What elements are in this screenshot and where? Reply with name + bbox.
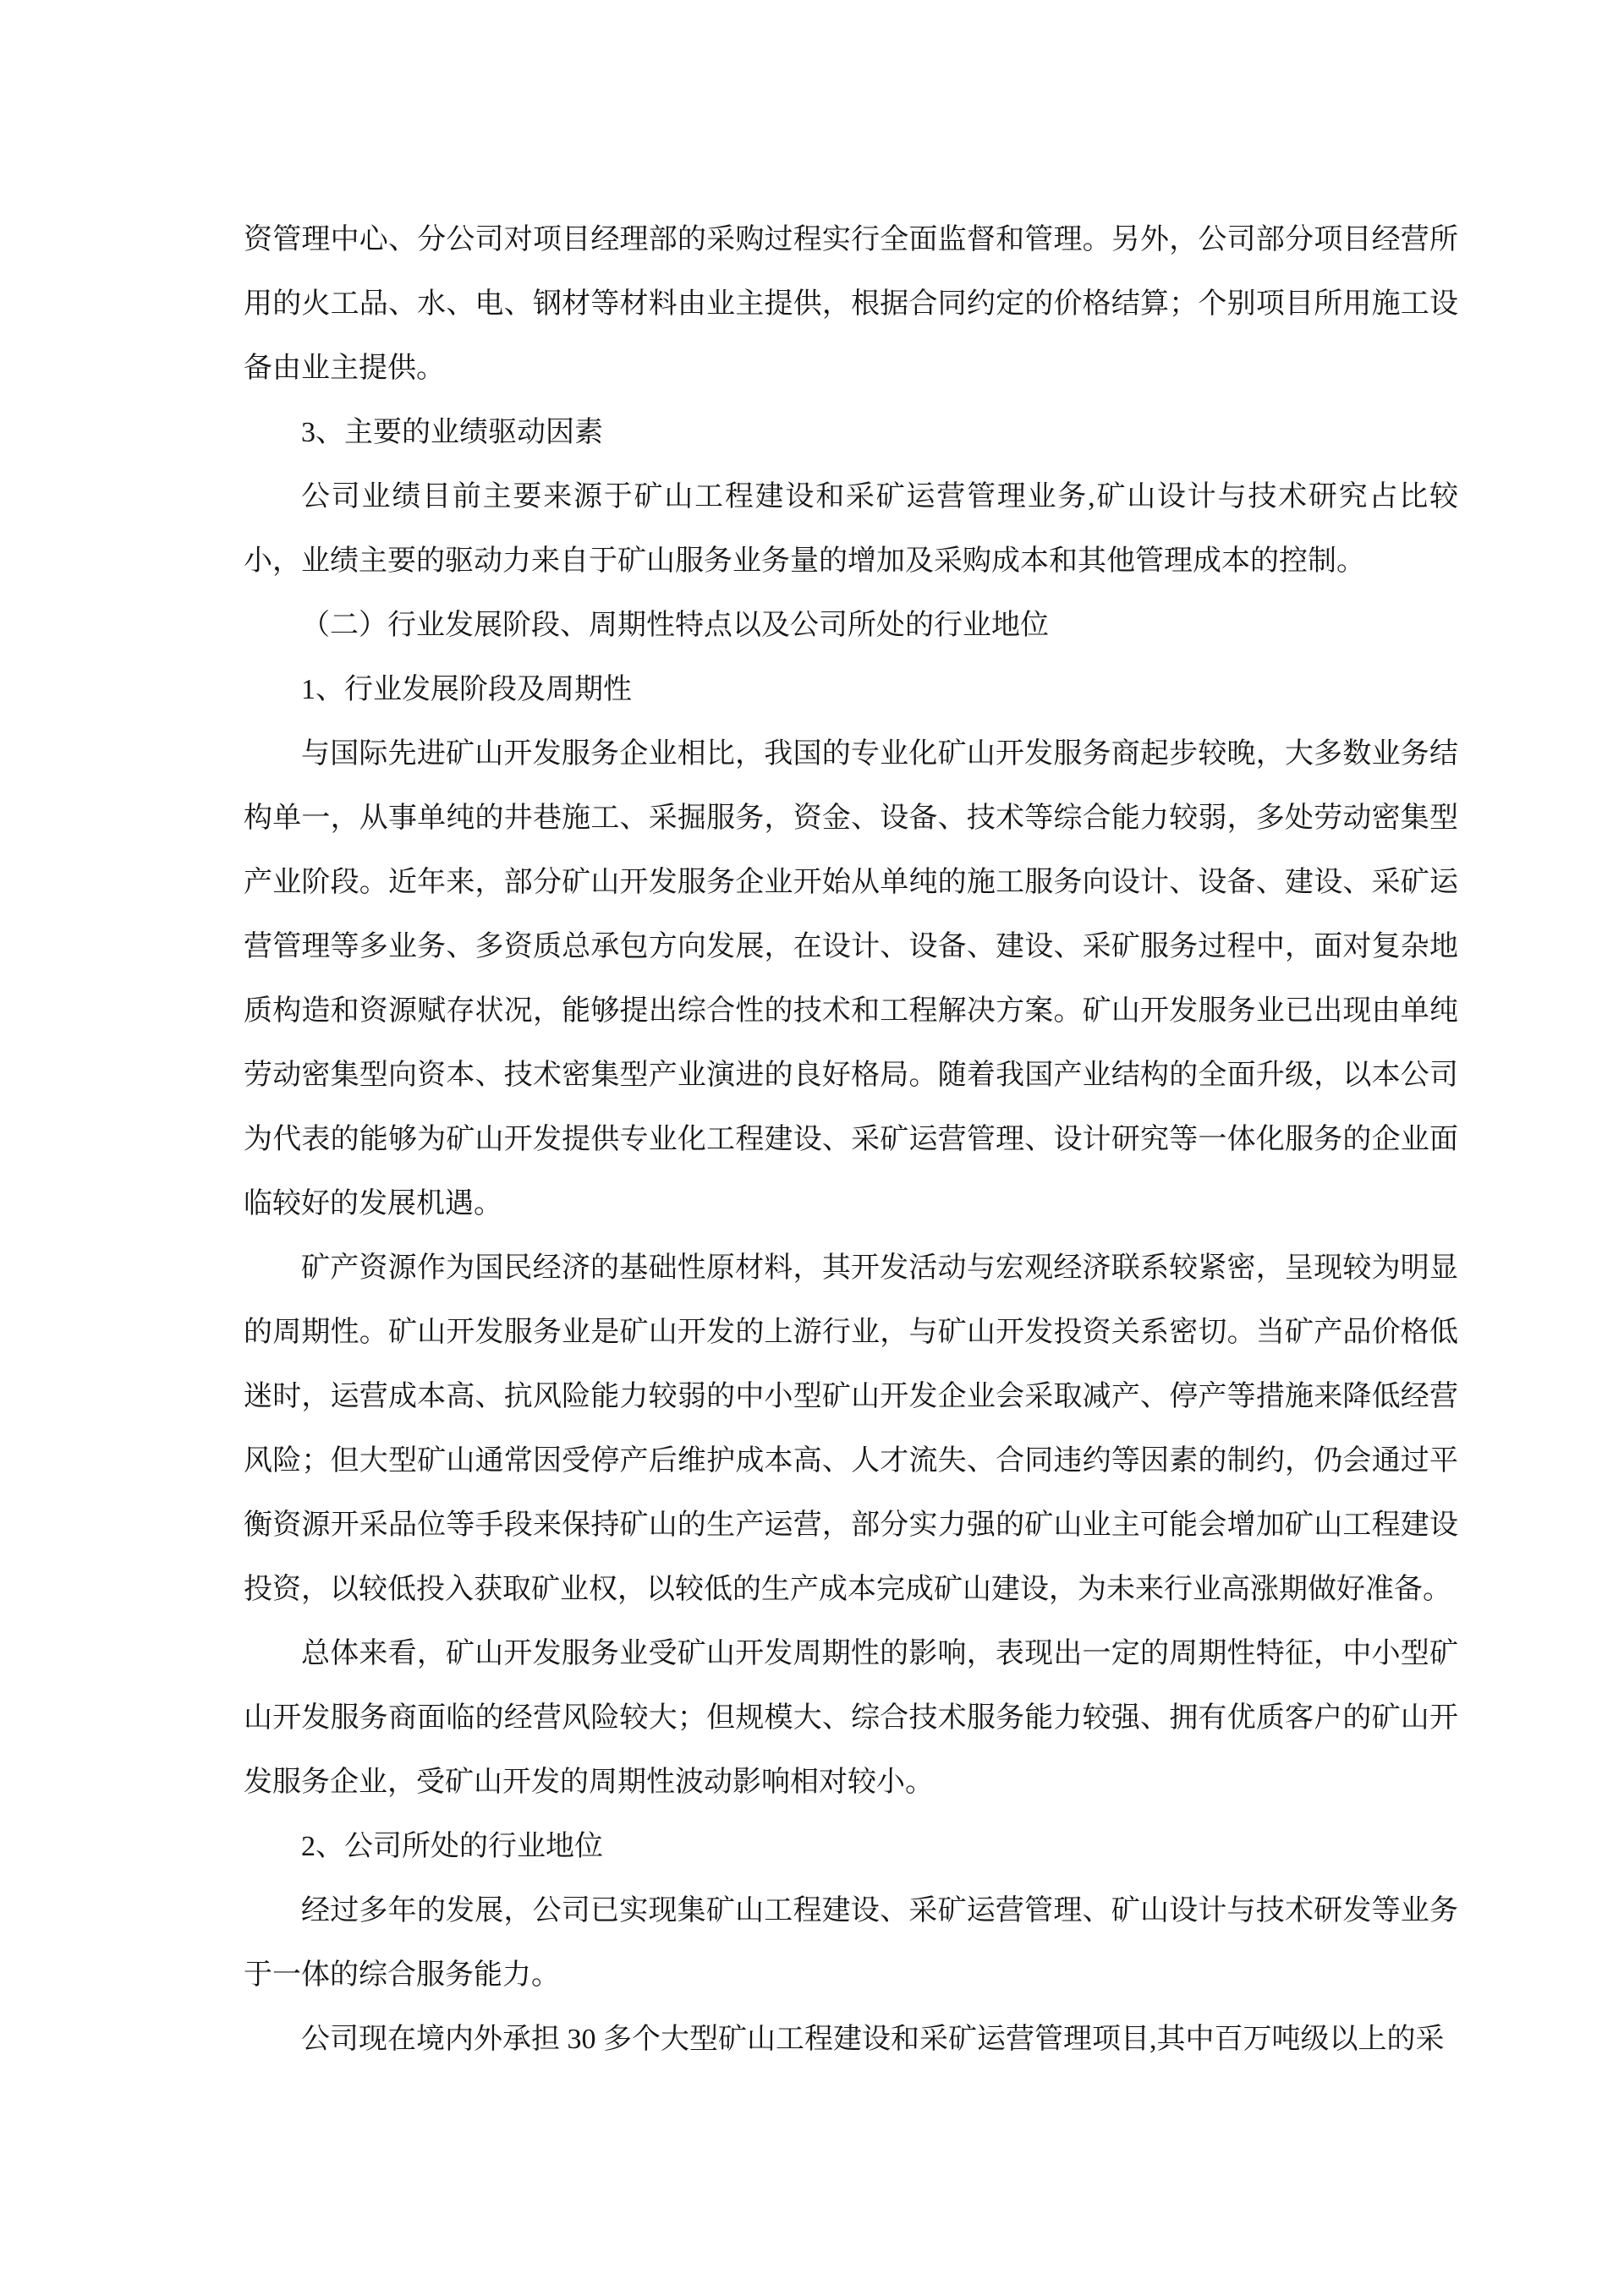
heading-company-industry-position: 2、公司所处的行业地位 <box>244 1815 1458 1879</box>
paragraph-integrated-services: 经过多年的发展，公司已实现集矿山工程建设、采矿运营管理、矿山设计与技术研发等业务… <box>244 1879 1458 2008</box>
paragraph-current-projects: 公司现在境内外承担 30 多个大型矿山工程建设和采矿运营管理项目,其中百万吨级以… <box>244 2008 1458 2072</box>
paragraph-industry-development: 与国际先进矿山开发服务企业相比，我国的专业化矿山开发服务商起步较晚，大多数业务结… <box>244 722 1458 1236</box>
paragraph-performance-drivers: 公司业绩目前主要来源于矿山工程建设和采矿运营管理业务,矿山设计与技术研究占比较小… <box>244 465 1458 594</box>
paragraph-mineral-resources-cyclicality: 矿产资源作为国民经济的基础性原材料，其开发活动与宏观经济联系较紧密，呈现较为明显… <box>244 1236 1458 1622</box>
heading-performance-drivers: 3、主要的业绩驱动因素 <box>244 401 1458 465</box>
paragraph-procurement-continuation: 资管理中心、分公司对项目经理部的采购过程实行全面监督和管理。另外，公司部分项目经… <box>244 208 1458 401</box>
document-page: 资管理中心、分公司对项目经理部的采购过程实行全面监督和管理。另外，公司部分项目经… <box>0 0 1624 2296</box>
document-content: 资管理中心、分公司对项目经理部的采购过程实行全面监督和管理。另外，公司部分项目经… <box>0 0 1624 2072</box>
paragraph-cyclicality-summary: 总体来看，矿山开发服务业受矿山开发周期性的影响，表现出一定的周期性特征，中小型矿… <box>244 1622 1458 1815</box>
heading-industry-stage-and-position: （二）行业发展阶段、周期性特点以及公司所处的行业地位 <box>244 594 1458 658</box>
heading-industry-stage-cyclicality: 1、行业发展阶段及周期性 <box>244 658 1458 722</box>
